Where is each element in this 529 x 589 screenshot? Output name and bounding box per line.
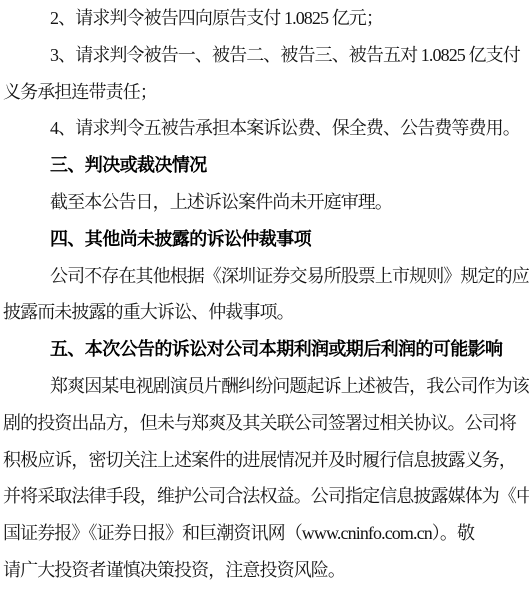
claim-item-3-line-1: 3、请求判令被告一、被告二、被告三、被告五对 1.0825 亿支付 bbox=[0, 37, 529, 74]
section-4-body-line-2: 披露而未披露的重大诉讼、仲裁事项。 bbox=[0, 294, 529, 331]
section-5-body-line-6: 请广大投资者谨慎决策投资，注意投资风险。 bbox=[0, 552, 529, 589]
section-4-body-line-1: 公司不存在其他根据《深圳证券交易所股票上市规则》规定的应 bbox=[0, 258, 529, 295]
section-5-body-line-4: 并将采取法律手段，维护公司合法权益。公司指定信息披露媒体为《中 bbox=[0, 478, 529, 515]
section-5-body-line-1: 郑爽因某电视剧演员片酬纠纷问题起诉上述被告，我公司作为该 bbox=[0, 368, 529, 405]
section-3-body-judgment-status: 截至本公告日，上述诉讼案件尚未开庭审理。 bbox=[0, 184, 529, 221]
section-5-body-line-5: 国证券报》《证券日报》和巨潮资讯网（www.cninfo.com.cn）。敬 bbox=[0, 515, 529, 552]
section-5-heading-profit-impact: 五、本次公告的诉讼对公司本期利润或期后利润的可能影响 bbox=[0, 331, 529, 368]
claim-item-4: 4、请求判令五被告承担本案诉讼费、保全费、公告费等费用。 bbox=[0, 110, 529, 147]
section-4-heading-other-undisclosed: 四、其他尚未披露的诉讼仲裁事项 bbox=[0, 221, 529, 258]
claim-item-2: 2、请求判令被告四向原告支付 1.0825 亿元； bbox=[0, 0, 529, 37]
section-3-heading-judgment-status: 三、判决或裁决情况 bbox=[0, 147, 529, 184]
announcement-document-page: 2、请求判令被告四向原告支付 1.0825 亿元； 3、请求判令被告一、被告二、… bbox=[0, 0, 529, 589]
section-5-body-line-2: 剧的投资出品方，但未与郑爽及其关联公司签署过相关协议。公司将 bbox=[0, 405, 529, 442]
section-5-body-line-3: 积极应诉，密切关注上述案件的进展情况并及时履行信息披露义务， bbox=[0, 442, 529, 479]
claim-item-3-line-2: 义务承担连带责任； bbox=[0, 74, 529, 111]
